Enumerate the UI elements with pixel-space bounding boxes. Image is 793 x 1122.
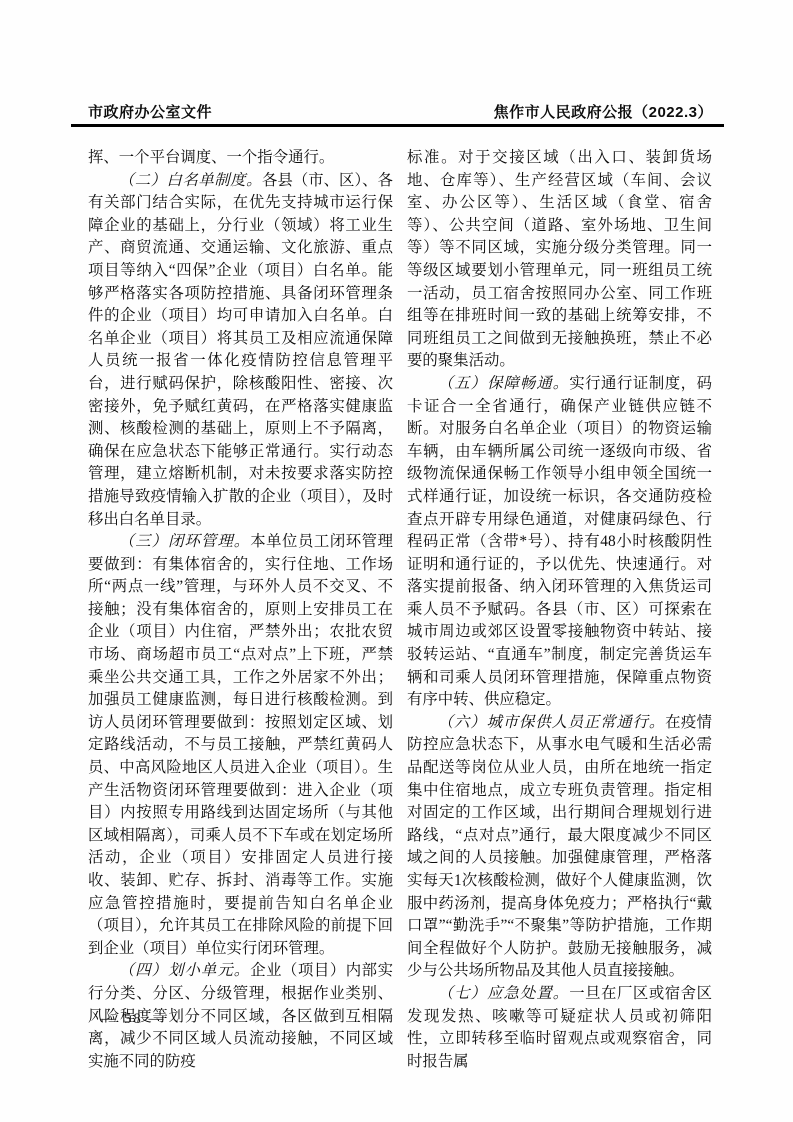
paragraph-section-2: （二）白名单制度。各县（市、区）、各有关部门结合实际，在优先支持城市运行保障企业… xyxy=(88,170,393,532)
paragraph-text: 挥、一个平台调度、一个指令通行。 xyxy=(88,149,334,166)
paragraph-section-3: （三）闭环管理。本单位员工闭环管理要做到：有集体宿舍的，实行住地、工作场所“两点… xyxy=(88,531,393,960)
section-heading: （二）白名单制度。 xyxy=(119,172,262,189)
section-heading: （六）城市保供人员正常通行。 xyxy=(438,714,665,731)
section-heading: （三）闭环管理。 xyxy=(119,533,250,550)
section-heading: （七）应急处置。 xyxy=(438,985,569,1002)
paragraph-text: 本单位员工闭环管理要做到：有集体宿舍的，实行住地、工作场所“两点一线”管理，与环… xyxy=(88,533,393,957)
paragraph-text: 实行通行证制度，码卡证合一全省通行，确保产业链供应链不断。对服务白名单企业（项目… xyxy=(407,375,712,708)
paragraph-section-5: （五）保障畅通。实行通行证制度，码卡证合一全省通行，确保产业链供应链不断。对服务… xyxy=(407,373,712,712)
header-rule xyxy=(71,124,724,127)
paragraph-continuation: 标准。对于交接区域（出入口、装卸货场地、仓库等）、生产经营区域（车间、会议室、办… xyxy=(407,147,712,373)
left-column: 挥、一个平台调度、一个指令通行。 （二）白名单制度。各县（市、区）、各有关部门结… xyxy=(88,147,393,1073)
paragraph-text: 标准。对于交接区域（出入口、装卸货场地、仓库等）、生产经营区域（车间、会议室、办… xyxy=(407,149,712,369)
section-heading: （五）保障畅通。 xyxy=(438,375,569,392)
section-heading: （四）划小单元。 xyxy=(119,962,250,979)
paragraph-text: 各县（市、区）、各有关部门结合实际，在优先支持城市运行保障企业的基础上，分行业（… xyxy=(88,172,393,528)
header-gazette-title: 焦作市人民政府公报（2022.3） xyxy=(494,101,713,122)
paragraph-section-7: （七）应急处置。一旦在厂区或宿舍区发现发热、咳嗽等可疑症状人员或初筛阳性，立即转… xyxy=(407,983,712,1073)
paragraph-text: 在疫情防控应急状态下，从事水电气暖和生活必需品配送等岗位从业人员，由所在地统一指… xyxy=(407,714,712,980)
header-doc-type-label: 市政府办公室文件 xyxy=(88,101,212,122)
paragraph-section-6: （六）城市保供人员正常通行。在疫情防控应急状态下，从事水电气暖和生活必需品配送等… xyxy=(407,712,712,983)
right-column: 标准。对于交接区域（出入口、装卸货场地、仓库等）、生产经营区域（车间、会议室、办… xyxy=(407,147,712,1073)
document-page: 市政府办公室文件 焦作市人民政府公报（2022.3） 挥、一个平台调度、一个指令… xyxy=(0,0,793,1122)
page-number: — 58 — xyxy=(101,1011,166,1028)
body-columns: 挥、一个平台调度、一个指令通行。 （二）白名单制度。各县（市、区）、各有关部门结… xyxy=(88,147,712,1073)
paragraph-continuation: 挥、一个平台调度、一个指令通行。 xyxy=(88,147,393,170)
page-header: 市政府办公室文件 焦作市人民政府公报（2022.3） xyxy=(88,101,713,122)
